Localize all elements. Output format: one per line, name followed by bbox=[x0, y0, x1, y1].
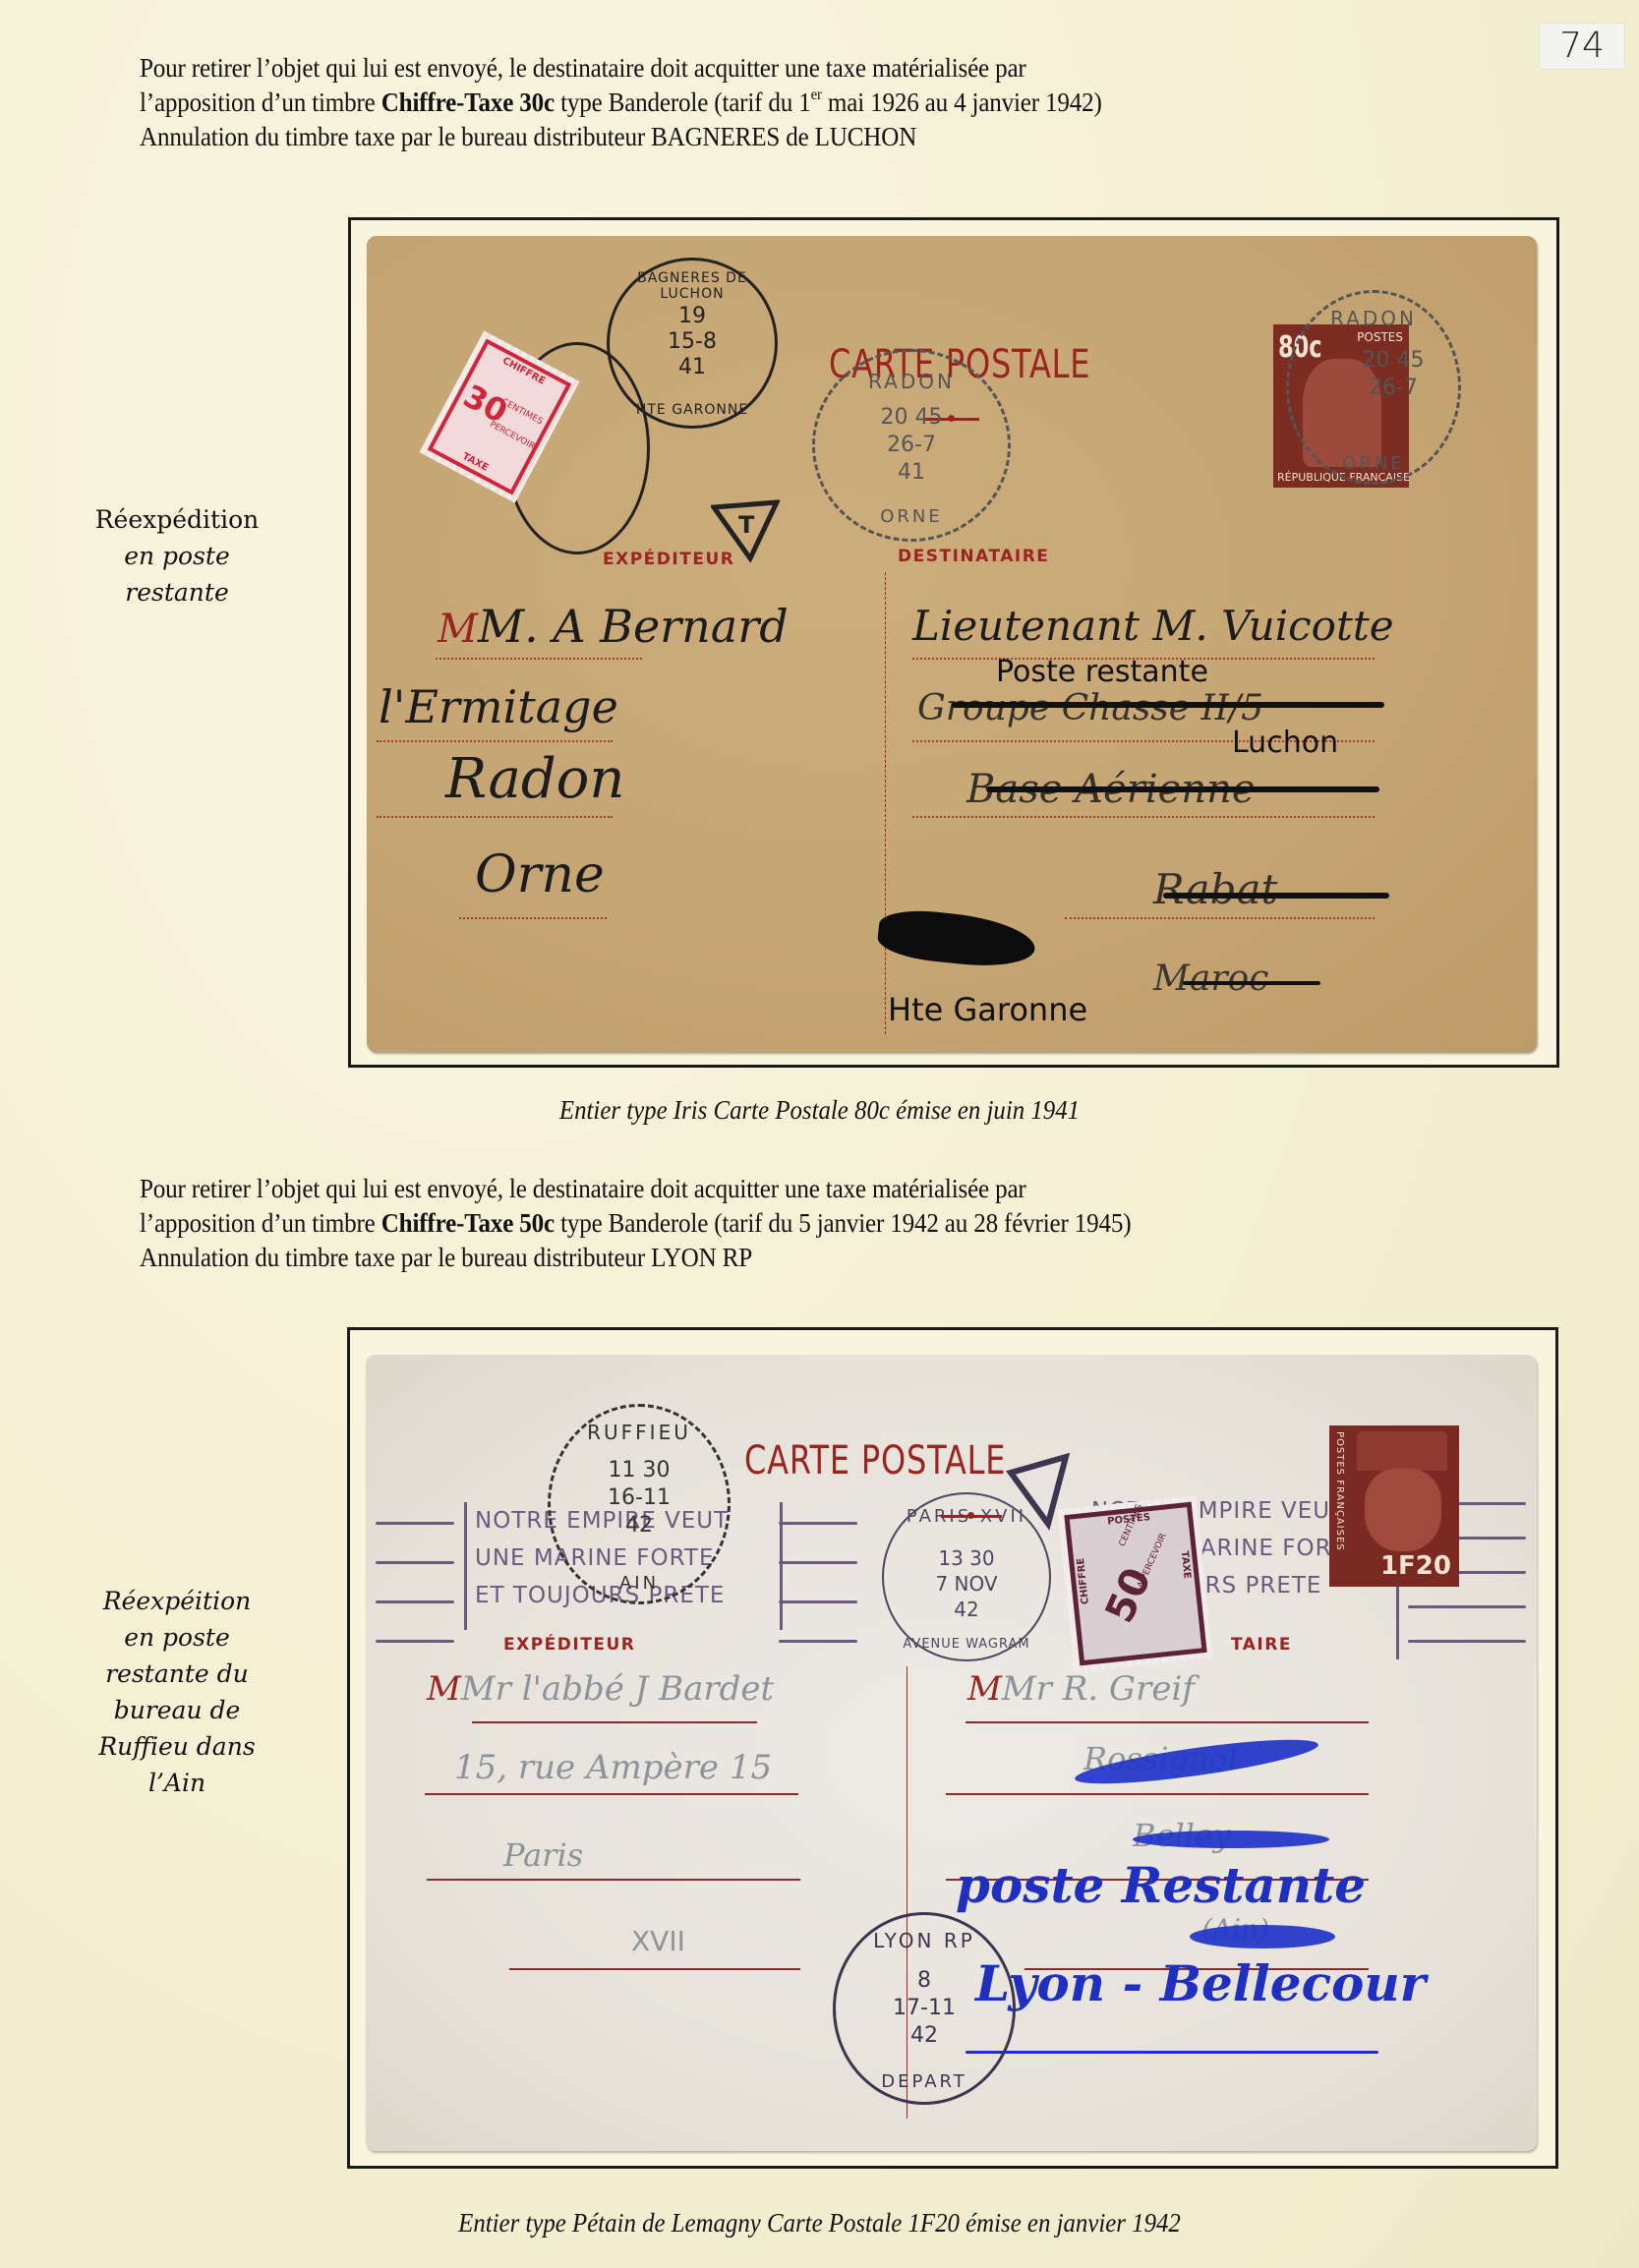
intro-line-3: Annulation du timbre taxe par le bureau … bbox=[140, 1241, 1385, 1275]
sender-line bbox=[509, 1968, 800, 1970]
intro-line-1: Pour retirer l’objet qui lui est envoyé,… bbox=[140, 51, 1385, 86]
section1-caption: Entier type Iris Carte Postale 80c émise… bbox=[66, 1095, 1574, 1126]
intro-line-2: l’apposition d’un timbre Chiffre-Taxe 30… bbox=[140, 86, 1385, 120]
recipient-line bbox=[966, 1721, 1369, 1723]
mount-frame-1: CARTE POSTALE 80c POSTES RÉPUBLIQUE FRAN… bbox=[348, 217, 1559, 1068]
recipient-name: Lieutenant M. Vuicotte bbox=[912, 602, 1394, 650]
postmark-lyon-rp: LYON RP 8 17-11 42 DEPART bbox=[833, 1912, 1016, 2105]
sender-dept: Orne bbox=[475, 845, 605, 904]
section2-intro: Pour retirer l’objet qui lui est envoyé,… bbox=[140, 1172, 1385, 1275]
struck-line-3: Rabat bbox=[1153, 865, 1277, 913]
card-title: CARTE POSTALE bbox=[744, 1438, 1006, 1483]
sender-line bbox=[436, 658, 642, 660]
strike-bar bbox=[952, 702, 1384, 708]
sender-arrondissement: XVII bbox=[631, 1925, 685, 1957]
section2-caption: Entier type Pétain de Lemagny Carte Post… bbox=[66, 2208, 1574, 2239]
section1-side-note: Réexpédition en poste restante bbox=[59, 501, 295, 611]
intro-line-1: Pour retirer l’objet qui lui est envoyé,… bbox=[140, 1172, 1385, 1206]
recipient-name: MMr R. Greif bbox=[967, 1669, 1195, 1709]
sender-name: MMr l'abbé J Bardet bbox=[427, 1669, 774, 1709]
card-divider bbox=[885, 572, 886, 1034]
struck-line-4: Maroc bbox=[1153, 959, 1268, 999]
kepi-icon bbox=[1357, 1431, 1447, 1471]
section1-intro: Pour retirer l’objet qui lui est envoyé,… bbox=[140, 51, 1385, 154]
tax-stamp-50c: POSTES CHIFFRE TAXE 50 CENTIMES A PERCEV… bbox=[1058, 1495, 1214, 1672]
overwrite-luchon: Luchon bbox=[1232, 726, 1338, 760]
sender-line bbox=[427, 1879, 800, 1881]
postcard-petain: NOTRE EMPIRE VEUT UNE MARINE FORTE ET TO… bbox=[366, 1355, 1537, 2151]
intro-line-3: Annulation du timbre taxe par le bureau … bbox=[140, 120, 1385, 154]
portrait-icon bbox=[1365, 1469, 1441, 1551]
overwrite-poste-restante: poste Restante bbox=[956, 1856, 1366, 1914]
mount-frame-2: NOTRE EMPIRE VEUT UNE MARINE FORTE ET TO… bbox=[347, 1327, 1558, 2169]
blue-strike-3 bbox=[1190, 1925, 1335, 1948]
section2-side-note: Réexpéition en poste restante du bureau … bbox=[49, 1583, 305, 1801]
recipient-label: DESTINATAIRE bbox=[898, 547, 1049, 566]
sender-name: MM. A Bernard bbox=[438, 600, 789, 653]
sender-label: EXPÉDITEUR bbox=[503, 1635, 635, 1655]
sender-line bbox=[377, 740, 613, 742]
blue-strike-2 bbox=[1133, 1831, 1329, 1848]
cancel-wavy-line bbox=[376, 1600, 454, 1603]
intro-line-2: l’apposition d’un timbre Chiffre-Taxe 50… bbox=[140, 1206, 1385, 1241]
sender-line bbox=[425, 1793, 798, 1795]
imprinted-stamp-petain: POSTES FRANÇAISES 1F20 bbox=[1329, 1425, 1459, 1587]
recipient-line bbox=[912, 816, 1375, 818]
tax-stamp-name: Chiffre-Taxe 50c bbox=[381, 1208, 555, 1238]
blue-underline bbox=[966, 2051, 1378, 2054]
sender-town: Radon bbox=[445, 747, 624, 811]
sender-town: Paris bbox=[503, 1836, 583, 1874]
recipient-line bbox=[946, 1793, 1369, 1795]
postcard-iris: CARTE POSTALE 80c POSTES RÉPUBLIQUE FRAN… bbox=[367, 236, 1537, 1052]
title-ornament bbox=[941, 1515, 1002, 1518]
replacement-dept: Hte Garonne bbox=[888, 991, 1087, 1028]
sender-street: 15, rue Ampère 15 bbox=[454, 1748, 772, 1787]
sender-line bbox=[459, 917, 607, 919]
overwrite-poste-restante: Poste restante bbox=[996, 655, 1208, 689]
strike-bar bbox=[1163, 893, 1389, 899]
cancel-wavy-line bbox=[376, 1640, 454, 1643]
sender-street: l'Ermitage bbox=[379, 680, 618, 733]
tax-stamp-name: Chiffre-Taxe 30c bbox=[381, 87, 555, 117]
postmark-radon-1: RADON 20 45 26-7 41 ORNE bbox=[812, 349, 1011, 542]
strike-bar bbox=[986, 786, 1379, 792]
cancel-wavy-line bbox=[1408, 1605, 1526, 1608]
recipient-label-partial: TAIRE bbox=[1231, 1635, 1292, 1655]
overwrite-lyon-bellecour: Lyon - Bellecour bbox=[975, 1954, 1426, 2012]
postmark-radon-2: RADON 20 45 26-7 ORNE bbox=[1286, 290, 1461, 485]
ink-blot bbox=[876, 906, 1037, 971]
cancel-wavy-line bbox=[1408, 1640, 1526, 1643]
sender-line bbox=[377, 816, 613, 818]
sender-label: EXPÉDITEUR bbox=[603, 550, 734, 569]
cancel-wavy-line bbox=[376, 1561, 454, 1564]
strike-bar bbox=[1183, 981, 1320, 985]
recipient-line bbox=[1065, 917, 1375, 919]
cancel-wavy-line bbox=[376, 1522, 454, 1525]
sender-line bbox=[472, 1721, 757, 1723]
page-number-tag: 74 bbox=[1540, 24, 1624, 69]
struck-line-1: Groupe Chasse II/5 bbox=[917, 688, 1263, 728]
